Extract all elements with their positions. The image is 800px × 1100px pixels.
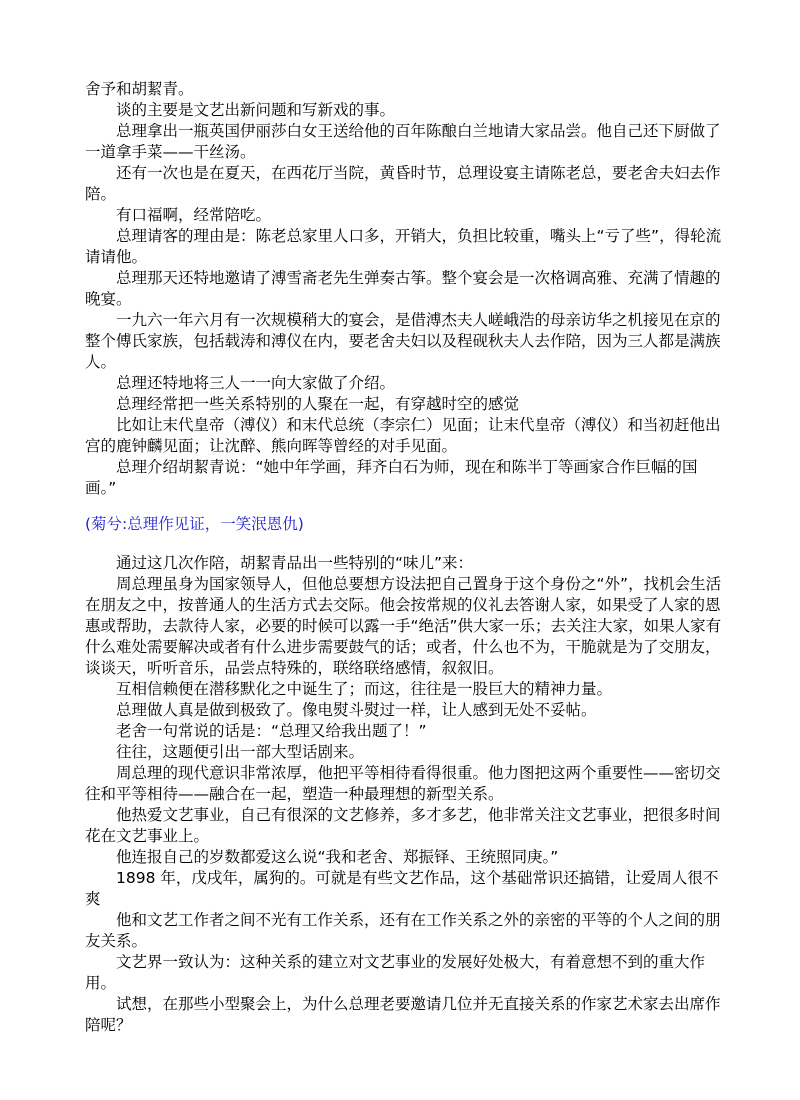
paragraph: 总理拿出一瓶英国伊丽莎白女王送给他的百年陈酿白兰地请大家品尝。他自己还下厨做了一… (85, 121, 725, 163)
paragraph: 他连报自己的岁数都爱这么说“我和老舍、郑振铎、王统照同庚。” (85, 847, 725, 868)
paragraph: 互相信赖便在潜移默化之中诞生了；而这，往往是一股巨大的精神力量。 (85, 679, 725, 700)
paragraph: 周总理的现代意识非常浓厚，他把平等相待看得很重。他力图把这两个重要性——密切交往… (85, 763, 725, 805)
paragraph: 通过这几次作陪，胡絜青品出一些特别的“味儿”来： (85, 553, 725, 574)
paragraph: 1898 年，戊戌年，属狗的。可就是有些文艺作品，这个基础常识还搞错，让爱周人很… (85, 868, 725, 910)
paragraph: 总理做人真是做到极致了。像电熨斗熨过一样，让人感到无处不妥帖。 (85, 700, 725, 721)
paragraph: 有口福啊，经常陪吃。 (85, 205, 725, 226)
paragraph: 他和文艺工作者之间不光有工作关系，还有在工作关系之外的亲密的平等的个人之间的朋友… (85, 910, 725, 952)
paragraph: 一九六一年六月有一次规模稍大的宴会，是借溥杰夫人嵯峨浩的母亲访华之机接见在京的整… (85, 310, 725, 373)
paragraph: 他热爱文艺事业，自己有很深的文艺修养，多才多艺，他非常关注文艺事业，把很多时间花… (85, 805, 725, 847)
source-note: (菊兮:总理作见证，一笑泯恩仇) (85, 514, 725, 535)
paragraph: 总理请客的理由是：陈老总家里人口多，开销大，负担比较重，嘴头上“亏了些”，得轮流… (85, 226, 725, 268)
paragraph: 文艺界一致认为：这种关系的建立对文艺事业的发展好处极大，有着意想不到的重大作用。 (85, 952, 725, 994)
paragraph: 总理经常把一些关系特别的人聚在一起，有穿越时空的感觉 (85, 394, 725, 415)
paragraph: 总理那天还特地邀请了溥雪斋老先生弹奏古筝。整个宴会是一次格调高雅、充满了情趣的晚… (85, 268, 725, 310)
paragraph: 试想，在那些小型聚会上，为什么总理老要邀请几位并无直接关系的作家艺术家去出席作陪… (85, 994, 725, 1036)
paragraph: 还有一次也是在夏天，在西花厅当院，黄昏时节，总理设宴主请陈老总，要老舍夫妇去作陪… (85, 163, 725, 205)
paragraph: 往往，这题便引出一部大型话剧来。 (85, 742, 725, 763)
paragraph: 舍予和胡絜青。 (85, 79, 725, 100)
document-page: 舍予和胡絜青。 谈的主要是文艺出新问题和写新戏的事。 总理拿出一瓶英国伊丽莎白女… (0, 0, 800, 1100)
paragraph: 总理还特地将三人一一向大家做了介绍。 (85, 373, 725, 394)
paragraph: 老舍一句常说的话是：“总理又给我出题了！” (85, 721, 725, 742)
paragraph: 比如让末代皇帝（溥仪）和末代总统（李宗仁）见面；让末代皇帝（溥仪）和当初赶他出宫… (85, 415, 725, 457)
paragraph: 总理介绍胡絜青说：“她中年学画，拜齐白石为师，现在和陈半丁等画家合作巨幅的国画。… (85, 457, 725, 499)
paragraph: 周总理虽身为国家领导人，但他总要想方设法把自己置身于这个身份之“外”，找机会生活… (85, 574, 725, 679)
paragraph: 谈的主要是文艺出新问题和写新戏的事。 (85, 100, 725, 121)
